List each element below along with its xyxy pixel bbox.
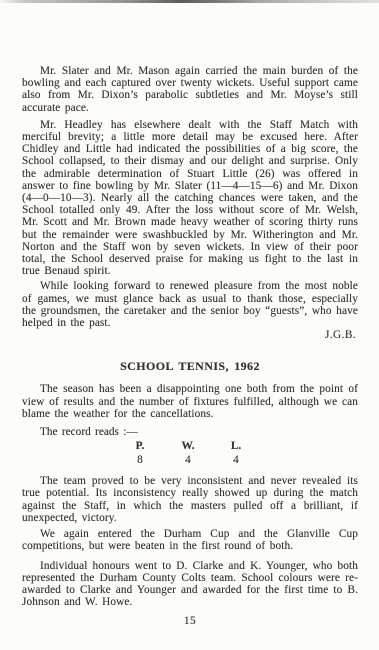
record-table-header-row: P. W. L. (116, 440, 260, 453)
tennis-paragraph-cups: We again entered the Durham Cup and the … (22, 528, 358, 552)
scan-edge-artifact (0, 0, 379, 3)
record-column-played: P. (116, 440, 164, 453)
tennis-paragraph-inconsistent: The team proved to be very inconsistent … (22, 475, 358, 524)
cricket-paragraph-thanks: While looking forward to renewed pleasur… (22, 280, 358, 329)
cricket-paragraph-bowling: Mr. Slater and Mr. Mason again carried t… (22, 65, 358, 114)
record-value-won: 4 (164, 454, 212, 467)
record-reads-label: The record reads :— (22, 426, 358, 438)
cricket-paragraph-staff-match: Mr. Headley has elsewhere dealt with the… (22, 119, 358, 278)
record-column-lost: L. (212, 440, 260, 453)
record-value-lost: 4 (212, 454, 260, 467)
section-heading-school-tennis: SCHOOL TENNIS, 1962 (22, 359, 358, 373)
tennis-intro-paragraph: The season has been a disappointing one … (22, 383, 358, 420)
page-number: 15 (22, 615, 358, 627)
record-table: P. W. L. 8 4 4 (116, 440, 260, 467)
author-initials: J.G.B. (22, 329, 358, 341)
tennis-paragraph-honours: Individual honours went to D. Clarke and… (22, 560, 358, 609)
record-column-won: W. (164, 440, 212, 453)
page-content: Mr. Slater and Mr. Mason again carried t… (0, 65, 379, 627)
record-value-played: 8 (116, 454, 164, 467)
record-table-values-row: 8 4 4 (116, 454, 260, 467)
scanned-page: Mr. Slater and Mr. Mason again carried t… (0, 0, 379, 650)
